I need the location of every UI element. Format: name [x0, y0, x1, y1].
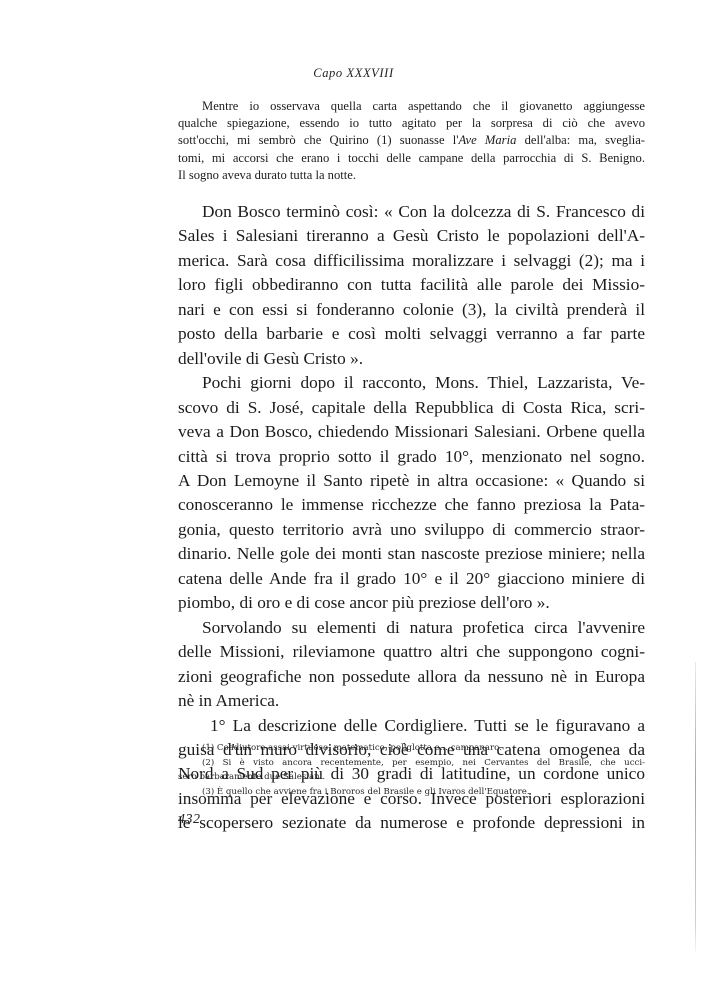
text-line: qualche spiegazione, essendo io tutto ag… [178, 115, 645, 132]
intro-paragraph: Mentre io osservava quella carta aspetta… [178, 98, 645, 184]
text-line: le scopersero sezionate da numerose e pr… [178, 811, 645, 835]
running-head: Capo XXXVIII [0, 66, 707, 81]
text-line: sott'occhi, mi sembrò che Quirino (1) su… [178, 132, 645, 149]
text-line: conosceranno le immense ricchezze che fa… [178, 493, 645, 517]
book-page: Capo XXXVIII Mentre io osservava quella … [0, 0, 707, 984]
text-line: Don Bosco terminò così: « Con la dolcezz… [178, 200, 645, 224]
footnote-2-continued: sero barbaramente due Salesiani. [178, 770, 645, 785]
text-line: scovo di S. José, capitale della Repubbl… [178, 396, 645, 420]
text-line: Mentre io osservava quella carta aspetta… [178, 98, 645, 115]
text-line: Sales i Salesiani tireranno a Gesù Crist… [178, 224, 645, 248]
scan-artifact-line [695, 662, 696, 952]
italic-phrase: Ave Maria [459, 133, 517, 147]
text-line: zioni geografiche non possedute allora d… [178, 665, 645, 689]
footnote-1: (1) Coadiutore assai virtuoso, matematic… [178, 741, 645, 756]
text-line: posto della barbarie e così molti selvag… [178, 322, 645, 346]
text-line: gonia, questo territorio avrà uno svilup… [178, 518, 645, 542]
text-line: tomi, mi accorsi che erano i tocchi dell… [178, 150, 645, 167]
text-line: delle Missioni, rileviamone quattro altr… [178, 640, 645, 664]
text-line: veva a Don Bosco, chiedendo Missionari S… [178, 420, 645, 444]
text-line: nè in America. [178, 689, 645, 713]
text-line: Pochi giorni dopo il racconto, Mons. Thi… [178, 371, 645, 395]
page-number: 432 [178, 812, 201, 828]
text-line: nari e con essi si fonderanno colonie (3… [178, 298, 645, 322]
text-line: A Don Lemoyne il Santo ripetè in altra o… [178, 469, 645, 493]
footnotes: (1) Coadiutore assai virtuoso, matematic… [178, 741, 645, 799]
text-line: merica. Sarà cosa difficilissima moraliz… [178, 249, 645, 273]
text-line: 1° La descrizione delle Cordigliere. Tut… [178, 714, 645, 738]
text-line: catena delle Ande fra il grado 10° e il … [178, 567, 645, 591]
text-line: città si trova proprio sotto il grado 10… [178, 445, 645, 469]
footnote-2: (2) Si è visto ancora recentemente, per … [178, 756, 645, 771]
text-line: dell'ovile di Gesù Cristo ». [178, 347, 645, 371]
text-line: Il sogno aveva durato tutta la notte. [178, 167, 645, 184]
text-line: dinario. Nelle gole dei monti stan nasco… [178, 542, 645, 566]
footnote-3: (3) È quello che avviene fra i Bororos d… [178, 785, 645, 800]
text-line: piombo, di oro e di cose ancor più prezi… [178, 591, 645, 615]
text-line: Sorvolando su elementi di natura profeti… [178, 616, 645, 640]
text-line: loro figli obbediranno con tutta facilit… [178, 273, 645, 297]
